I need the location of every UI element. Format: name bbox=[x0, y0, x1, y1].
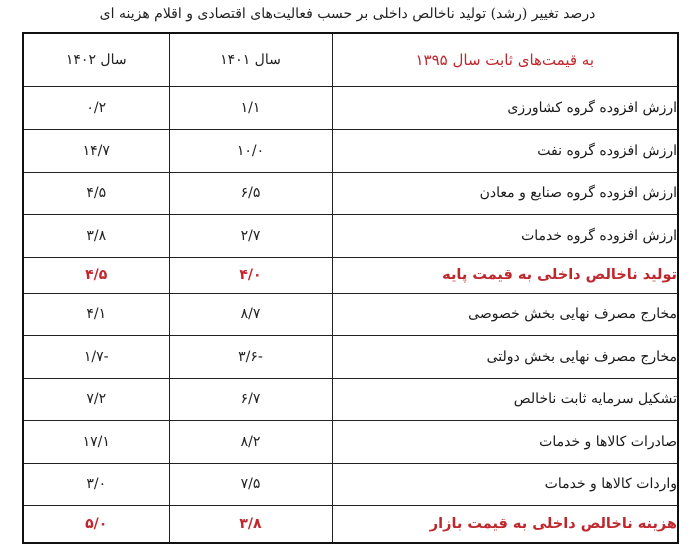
value-1402: ۵/۰ bbox=[23, 505, 169, 543]
table-row: ارزش افزوده گروه نفت ۱۰/۰ ۱۴/۷ bbox=[23, 129, 678, 172]
row-label-gdp-market-prices: هزینه ناخالص داخلی به قیمت بازار bbox=[332, 505, 678, 543]
value-1402: ۱۴/۷ bbox=[23, 129, 169, 172]
value-1401: ۶/۷ bbox=[169, 378, 332, 420]
value-1402: ۰/۲ bbox=[23, 86, 169, 129]
row-label: ارزش افزوده گروه صنایع و معادن bbox=[332, 172, 678, 214]
table-row: واردات کالاها و خدمات ۷/۵ ۳/۰ bbox=[23, 463, 678, 505]
row-label: ارزش افزوده گروه کشاورزی bbox=[332, 86, 678, 129]
value-1402: ۴/۱ bbox=[23, 293, 169, 335]
value-1401: ۸/۷ bbox=[169, 293, 332, 335]
value-1401: ۱/۱ bbox=[169, 86, 332, 129]
row-label: ارزش افزوده گروه خدمات bbox=[332, 214, 678, 257]
value-1401: ۶/۵ bbox=[169, 172, 332, 214]
value-1402: -۱/۷ bbox=[23, 335, 169, 378]
table-row: تشکیل سرمایه ثابت ناخالص ۶/۷ ۷/۲ bbox=[23, 378, 678, 420]
value-1401: ۲/۷ bbox=[169, 214, 332, 257]
header-constant-prices: به قیمت‌های ثابت سال ۱۳۹۵ bbox=[332, 33, 678, 86]
header-year-1401: سال ۱۴۰۱ bbox=[169, 33, 332, 86]
value-1402: ۳/۸ bbox=[23, 214, 169, 257]
value-1401: ۱۰/۰ bbox=[169, 129, 332, 172]
value-1401: ۸/۲ bbox=[169, 420, 332, 463]
row-label-gdp-basic-prices: تولید ناخالص داخلی به قیمت پایه bbox=[332, 257, 678, 293]
gdp-growth-table: به قیمت‌های ثابت سال ۱۳۹۵ سال ۱۴۰۱ سال ۱… bbox=[22, 32, 679, 544]
value-1402: ۴/۵ bbox=[23, 257, 169, 293]
table-title: درصد تغییر (رشد) تولید ناخالص داخلی بر ح… bbox=[0, 2, 695, 26]
row-label: واردات کالاها و خدمات bbox=[332, 463, 678, 505]
value-1402: ۷/۲ bbox=[23, 378, 169, 420]
value-1402: ۱۷/۱ bbox=[23, 420, 169, 463]
header-row: به قیمت‌های ثابت سال ۱۳۹۵ سال ۱۴۰۱ سال ۱… bbox=[23, 33, 678, 86]
value-1401: ۴/۰ bbox=[169, 257, 332, 293]
value-1402: ۴/۵ bbox=[23, 172, 169, 214]
value-1401: ۳/۸ bbox=[169, 505, 332, 543]
table-row: ارزش افزوده گروه صنایع و معادن ۶/۵ ۴/۵ bbox=[23, 172, 678, 214]
row-label: مخارج مصرف نهایی بخش دولتی bbox=[332, 335, 678, 378]
value-1401: -۳/۶ bbox=[169, 335, 332, 378]
row-label: صادرات کالاها و خدمات bbox=[332, 420, 678, 463]
table-row: ارزش افزوده گروه خدمات ۲/۷ ۳/۸ bbox=[23, 214, 678, 257]
table-row: مخارج مصرف نهایی بخش دولتی -۳/۶ -۱/۷ bbox=[23, 335, 678, 378]
value-1401: ۷/۵ bbox=[169, 463, 332, 505]
header-year-1402: سال ۱۴۰۲ bbox=[23, 33, 169, 86]
table-row-highlight: هزینه ناخالص داخلی به قیمت بازار ۳/۸ ۵/۰ bbox=[23, 505, 678, 543]
table-row-highlight: تولید ناخالص داخلی به قیمت پایه ۴/۰ ۴/۵ bbox=[23, 257, 678, 293]
table-row: ارزش افزوده گروه کشاورزی ۱/۱ ۰/۲ bbox=[23, 86, 678, 129]
table-row: صادرات کالاها و خدمات ۸/۲ ۱۷/۱ bbox=[23, 420, 678, 463]
row-label: مخارج مصرف نهایی بخش خصوصی bbox=[332, 293, 678, 335]
table-row: مخارج مصرف نهایی بخش خصوصی ۸/۷ ۴/۱ bbox=[23, 293, 678, 335]
value-1402: ۳/۰ bbox=[23, 463, 169, 505]
row-label: تشکیل سرمایه ثابت ناخالص bbox=[332, 378, 678, 420]
row-label: ارزش افزوده گروه نفت bbox=[332, 129, 678, 172]
